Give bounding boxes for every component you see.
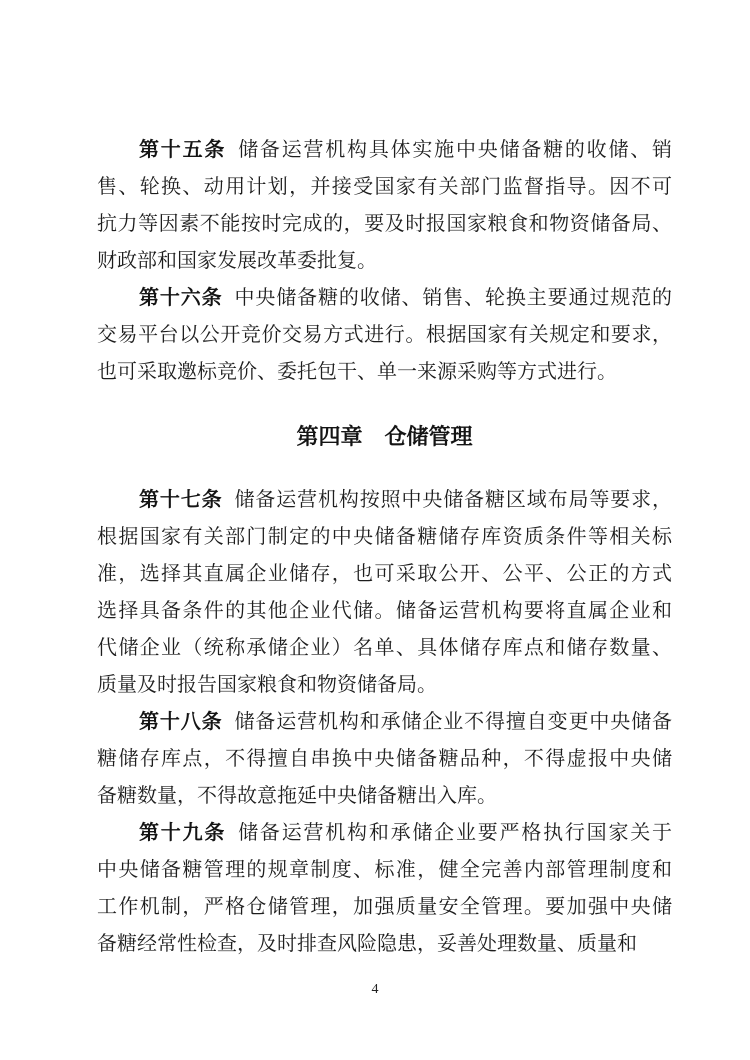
article-paragraph: 第十九条储备运营机构和承储企业要严格执行国家关于中央储备糖管理的规章制度、标准，…	[97, 815, 672, 963]
text-line: 第十五条储备运营机构具体实施中央储备糖的收储、销	[97, 132, 672, 169]
text-line: 备糖数量，不得故意拖延中央储备糖出入库。	[97, 778, 672, 815]
article-number: 第十九条	[139, 822, 226, 844]
article-number: 第十五条	[139, 139, 226, 161]
text-line: 糖储存库点，不得擅自串换中央储备糖品种，不得虚报中央储	[97, 741, 672, 778]
text-line: 选择具备条件的其他企业代储。储备运营机构要将直属企业和	[97, 593, 672, 630]
article-number: 第十七条	[139, 489, 223, 511]
text-line: 交易平台以公开竞价交易方式进行。根据国家有关规定和要求，	[97, 317, 672, 354]
text-line: 根据国家有关部门制定的中央储备糖储存库资质条件等相关标	[97, 519, 672, 556]
document-content: 第十五条储备运营机构具体实施中央储备糖的收储、销售、轮换、动用计划，并接受国家有…	[97, 132, 672, 963]
line-text: 储备运营机构按照中央储备糖区域布局等要求，	[235, 489, 673, 511]
line-text: 储备运营机构和承储企业不得擅自变更中央储备	[235, 711, 673, 733]
article-paragraph: 第十八条储备运营机构和承储企业不得擅自变更中央储备糖储存库点，不得擅自串换中央储…	[97, 704, 672, 815]
text-line: 中央储备糖管理的规章制度、标准，健全完善内部管理制度和	[97, 852, 672, 889]
article-paragraph: 第十五条储备运营机构具体实施中央储备糖的收储、销售、轮换、动用计划，并接受国家有…	[97, 132, 672, 280]
text-line: 准，选择其直属企业储存，也可采取公开、公平、公正的方式	[97, 556, 672, 593]
text-line: 第十九条储备运营机构和承储企业要严格执行国家关于	[97, 815, 672, 852]
text-line: 第十七条储备运营机构按照中央储备糖区域布局等要求，	[97, 482, 672, 519]
article-number: 第十六条	[139, 287, 223, 309]
line-text: 储备运营机构和承储企业要严格执行国家关于	[238, 822, 672, 844]
line-text: 中央储备糖的收储、销售、轮换主要通过规范的	[235, 287, 673, 309]
text-line: 第十八条储备运营机构和承储企业不得擅自变更中央储备	[97, 704, 672, 741]
text-line: 也可采取邀标竞价、委托包干、单一来源采购等方式进行。	[97, 354, 672, 391]
line-text: 储备运营机构具体实施中央储备糖的收储、销	[238, 139, 672, 161]
article-number: 第十八条	[139, 711, 223, 733]
article-paragraph: 第十六条中央储备糖的收储、销售、轮换主要通过规范的交易平台以公开竞价交易方式进行…	[97, 280, 672, 391]
text-line: 代储企业（统称承储企业）名单、具体储存库点和储存数量、	[97, 630, 672, 667]
text-line: 抗力等因素不能按时完成的，要及时报国家粮食和物资储备局、	[97, 206, 672, 243]
article-paragraph: 第十七条储备运营机构按照中央储备糖区域布局等要求，根据国家有关部门制定的中央储备…	[97, 482, 672, 704]
text-line: 售、轮换、动用计划，并接受国家有关部门监督指导。因不可	[97, 169, 672, 206]
text-line: 工作机制，严格仓储管理，加强质量安全管理。要加强中央储	[97, 889, 672, 926]
text-line: 财政部和国家发展改革委批复。	[97, 243, 672, 280]
text-line: 质量及时报告国家粮食和物资储备局。	[97, 667, 672, 704]
page-number: 4	[0, 983, 750, 997]
text-line: 备糖经常性检查，及时排查风险隐患，妥善处理数量、质量和	[97, 926, 672, 963]
text-line: 第十六条中央储备糖的收储、销售、轮换主要通过规范的	[97, 280, 672, 317]
chapter-heading: 第四章 仓储管理	[97, 418, 672, 455]
document-page: 第十五条储备运营机构具体实施中央储备糖的收储、销售、轮换、动用计划，并接受国家有…	[0, 0, 750, 1060]
